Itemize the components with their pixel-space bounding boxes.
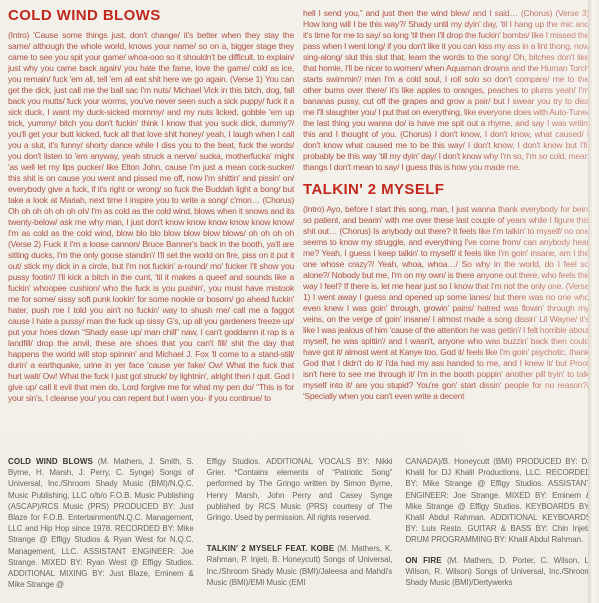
lyrics-column-left: COLD WIND BLOWS (Intro) 'Cause some thin… (8, 8, 294, 450)
credit-text-cold-wind-blows: (M. Mathers, J. Smith, S. Byrne, H. Mars… (8, 457, 194, 589)
song-title-talkin-2-myself: TALKIN' 2 MYSELF (303, 182, 589, 198)
credit-talkin-2-myself: TALKIN' 2 MYSELF FEAT. KOBE (M. Mathers,… (207, 543, 393, 588)
credit-on-fire: ON FIRE (M. Mathers, D. Porter, C. Wilso… (405, 555, 591, 589)
credit-title-on-fire: ON FIRE (405, 556, 441, 565)
lyrics-cold-wind-blows-part1: (Intro) 'Cause some things just, don't c… (8, 30, 294, 404)
credit-cold-wind-blows-continued: Effigy Studios. ADDITIONAL VOCALS BY: Ni… (207, 456, 393, 523)
credit-title-talkin-2-myself: TALKIN' 2 MYSELF FEAT. KOBE (207, 544, 335, 553)
lyrics-cold-wind-blows-part2: hell I send you,” and just then the wind… (303, 8, 589, 173)
credit-cold-wind-blows: COLD WIND BLOWS (M. Mathers, J. Smith, S… (8, 456, 194, 590)
credits-column-2: Effigy Studios. ADDITIONAL VOCALS BY: Ni… (207, 456, 393, 590)
credit-text-talkin-2-myself-continued: CANADA)/B. Honeycutt (BMI) PRODUCED BY: … (405, 457, 591, 544)
credit-talkin-2-myself-continued: CANADA)/B. Honeycutt (BMI) PRODUCED BY: … (405, 456, 591, 546)
page-edge (588, 0, 599, 603)
credit-text-cold-wind-blows-continued: Effigy Studios. ADDITIONAL VOCALS BY: Ni… (207, 457, 393, 522)
lyrics-column-right: hell I send you,” and just then the wind… (303, 8, 589, 450)
credits-column-1: COLD WIND BLOWS (M. Mathers, J. Smith, S… (8, 456, 194, 590)
lyrics-talkin-2-myself: (Intro) Ayo, before I start this song, m… (303, 204, 589, 402)
credits-section: COLD WIND BLOWS (M. Mathers, J. Smith, S… (8, 456, 591, 590)
booklet-page: COLD WIND BLOWS (Intro) 'Cause some thin… (0, 0, 599, 603)
credits-column-3: CANADA)/B. Honeycutt (BMI) PRODUCED BY: … (405, 456, 591, 590)
song-title-cold-wind-blows: COLD WIND BLOWS (8, 8, 294, 24)
credit-title-cold-wind-blows: COLD WIND BLOWS (8, 457, 93, 466)
